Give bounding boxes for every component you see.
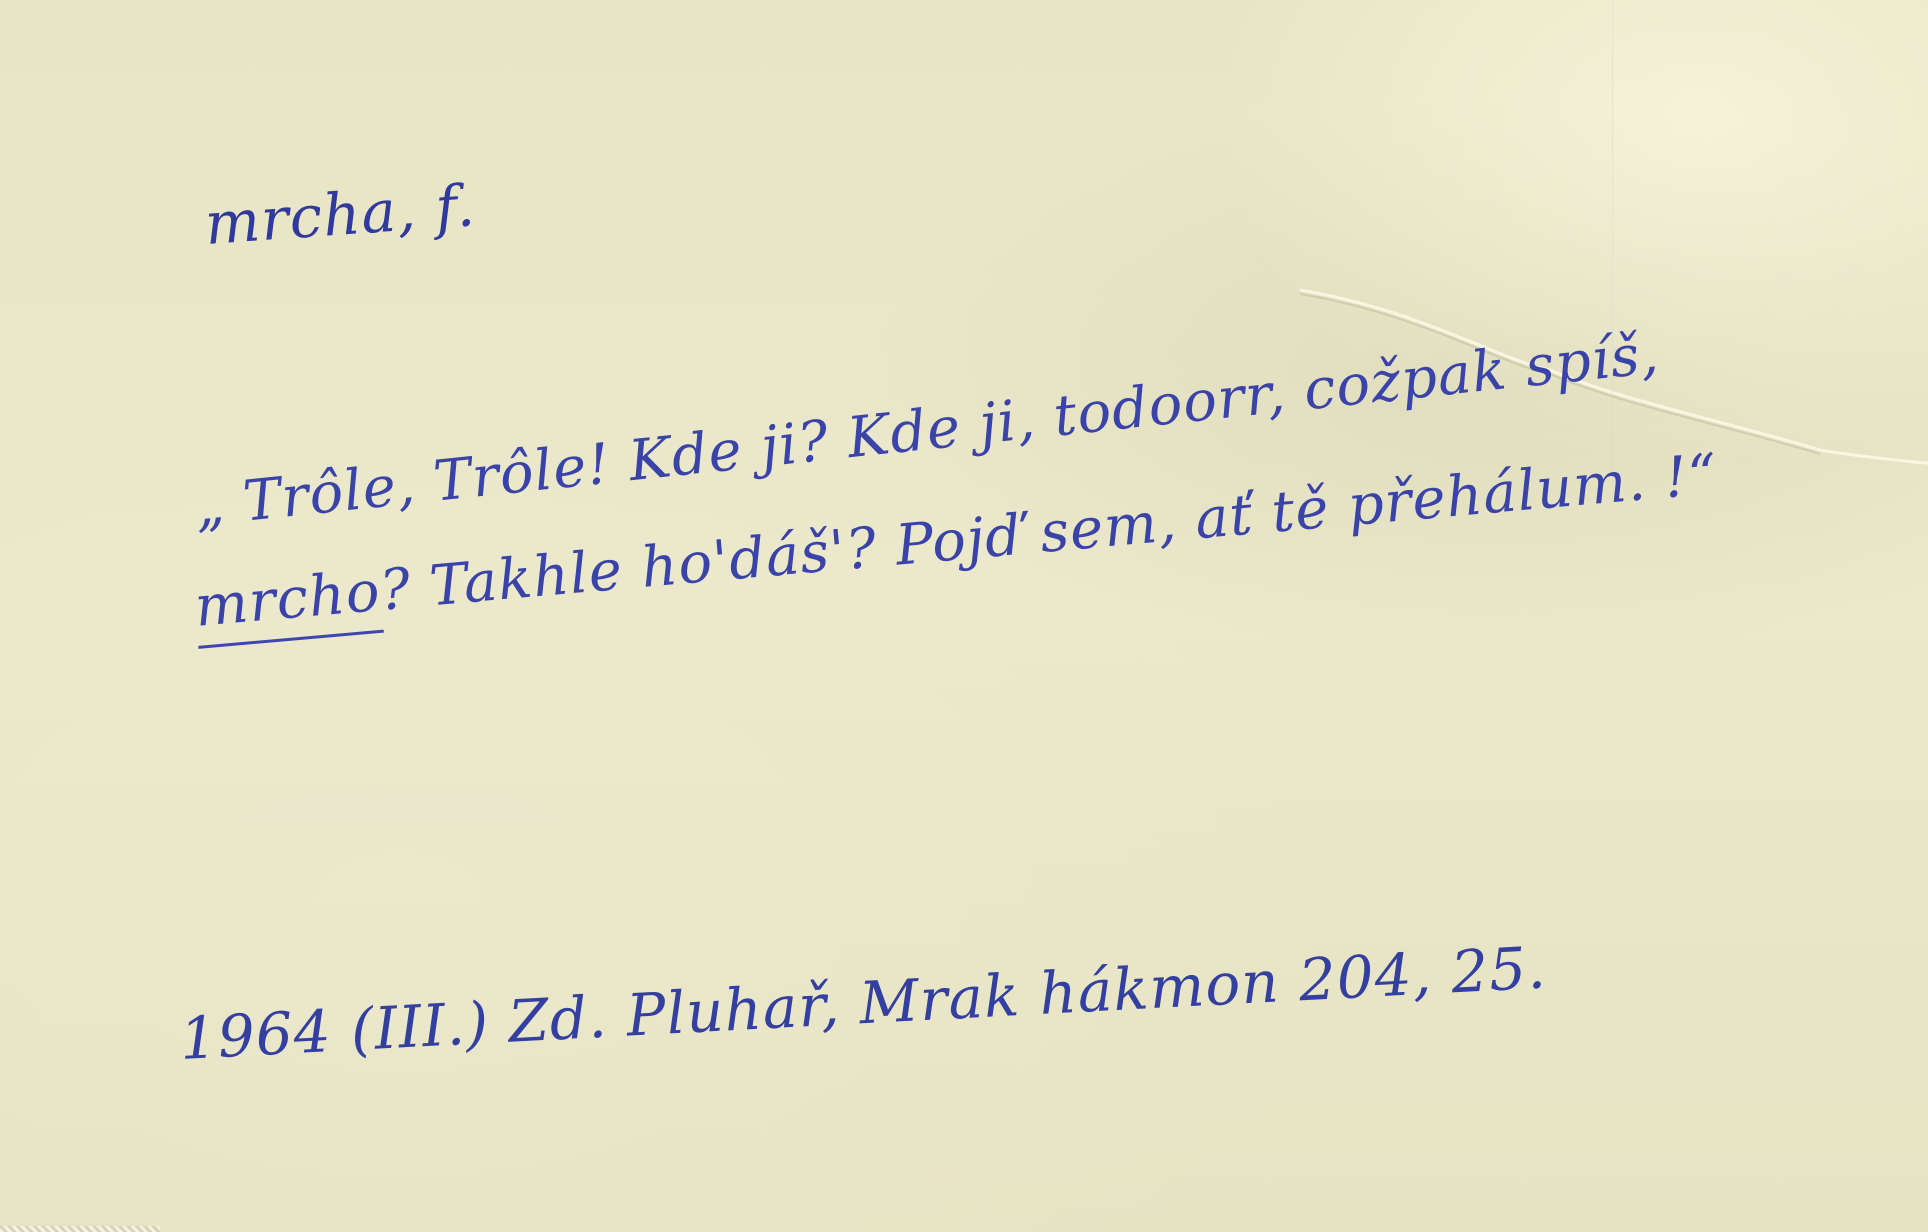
fold-line xyxy=(1612,0,1613,500)
headword: mrcha, f. xyxy=(203,176,477,253)
scan-edge-strip xyxy=(0,1226,160,1232)
open-quote-mark: „ xyxy=(192,472,229,540)
close-quote-mark: !“ xyxy=(1662,442,1721,511)
source-citation: 1964 (III.) Zd. Pluhař, Mrak hákmon 204,… xyxy=(178,938,1547,1068)
headword-text: mrcha, f. xyxy=(203,171,478,258)
dictionary-slip: mrcha, f. „ Trôle, Trôle! Kde ji? Kde ji… xyxy=(0,0,1928,1232)
source-text: 1964 (III.) Zd. Pluhař, Mrak hákmon 204,… xyxy=(178,933,1548,1073)
highlighted-headword-usage: mrcho xyxy=(192,559,384,649)
